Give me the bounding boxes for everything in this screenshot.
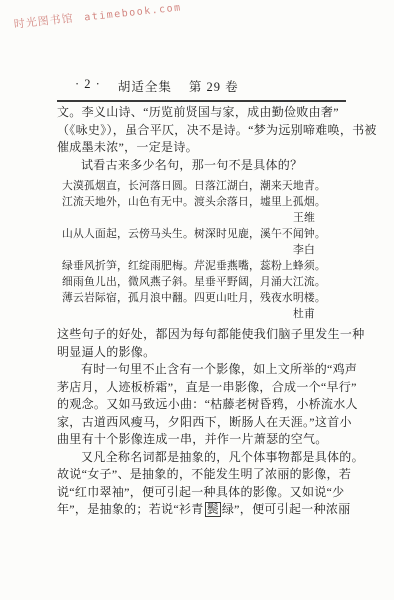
- text-line: 催成墨未浓”，一定是诗。: [57, 139, 349, 157]
- text-segment: 绿”，便可引起一种浓丽: [222, 502, 351, 516]
- text-line: 茅店月，人迹板桥霜”，直是一串影像，合成一个“早行”: [57, 379, 349, 397]
- poem-line: 薄云岩际宿，孤月浪中翻。四更山吐月，残夜水明楼。: [62, 290, 349, 306]
- poem-group: 绿垂风折笋，红绽雨肥梅。芹泥垂燕嘴，蕊粉上蜂须。 细雨鱼儿出，微风燕子斜。星垂平…: [62, 258, 349, 322]
- paragraph: 文。李义山诗、“历览前贤国与家，成由勤俭败由奢” （《咏史》），虽合平仄，决不是…: [57, 104, 349, 157]
- watermark-site-url: atimebook.com: [84, 2, 182, 23]
- poem-line: 江流天地外，山色有无中。渡头余落日，墟里上孤烟。: [62, 194, 349, 210]
- poem-line: 绿垂风折笋，红绽雨肥梅。芹泥垂燕嘴，蕊粉上蜂须。: [62, 258, 349, 274]
- text-line: 曲里有十个影像连成一串，并作一片萧瑟的空气。: [57, 431, 349, 449]
- page-number: · 2 ·: [75, 77, 101, 95]
- page-body-text: 文。李义山诗、“历览前贤国与家，成由勤俭败由奢” （《咏史》），虽合平仄，决不是…: [57, 104, 349, 519]
- paragraph: 这些句子的好处，都因为每句都能使我们脑子里发生一种 明显逼人的影像。: [57, 326, 349, 361]
- watermark-library-name: 时光图书馆: [13, 13, 74, 31]
- poem-line: 山从人面起，云傍马头生。树深时见鹿，溪午不闻钟。: [62, 226, 349, 242]
- poem-line: 细雨鱼儿出，微风燕子斜。星垂平野阔，月涌大江流。: [62, 274, 349, 290]
- text-line: 故说“女子”、是抽象的，不能发生明了浓丽的影像，若: [57, 466, 349, 484]
- running-head: · 2 · 胡适全集 第 29 卷: [57, 77, 346, 95]
- poem-author: 王维: [62, 210, 349, 226]
- text-line: 有时一句里不止含有一个影像，如上文所举的“鸡声: [57, 361, 349, 379]
- text-line: 明显逼人的影像。: [57, 344, 349, 362]
- text-line-with-boxed-char: 年”，是抽象的；若说“衫青鬓绿”，便可引起一种浓丽: [57, 501, 349, 519]
- text-line: 这些句子的好处，都因为每句都能使我们脑子里发生一种: [57, 326, 349, 344]
- text-line: 文。李义山诗、“历览前贤国与家，成由勤俭败由奢”: [57, 104, 349, 122]
- poem-block: 大漠孤烟直，长河落日圆。日落江湖白，潮来天地青。 江流天地外，山色有无中。渡头余…: [62, 178, 349, 322]
- book-page: 时光图书馆 atimebook.com · 2 · 胡适全集 第 29 卷 文。…: [0, 0, 394, 600]
- poem-author: 杜甫: [62, 306, 349, 322]
- boxed-unclear-character: 鬓: [205, 502, 221, 517]
- text-line: 又凡全称名词都是抽象的，凡个体事物都是具体的。: [57, 449, 349, 467]
- page-header: · 2 · 胡适全集 第 29 卷: [57, 77, 346, 102]
- poem-group: 大漠孤烟直，长河落日圆。日落江湖白，潮来天地青。 江流天地外，山色有无中。渡头余…: [62, 178, 349, 226]
- poem-author: 李白: [62, 242, 349, 258]
- text-segment: 年”，是抽象的；若说“衫青: [57, 502, 204, 516]
- library-watermark: 时光图书馆 atimebook.com: [13, 0, 182, 32]
- volume-label: 第 29 卷: [189, 77, 239, 95]
- paragraph: 又凡全称名词都是抽象的，凡个体事物都是具体的。 故说“女子”、是抽象的，不能发生…: [57, 449, 349, 519]
- text-line: 的观念。又如马致远小曲：“枯藤老树昏鸦，小桥流水人: [57, 396, 349, 414]
- paragraph: 有时一句里不止含有一个影像，如上文所举的“鸡声 茅店月，人迹板桥霜”，直是一串影…: [57, 361, 349, 449]
- text-line: 家，古道西风瘦马，夕阳西下，断肠人在天涯。”这首小: [57, 414, 349, 432]
- text-line: （《咏史》），虽合平仄，决不是诗。“梦为远别啼难唤，书被: [57, 122, 349, 140]
- paragraph: 试看古来多少名句，那一句不是具体的？: [57, 157, 349, 175]
- text-line: 试看古来多少名句，那一句不是具体的？: [57, 157, 349, 175]
- text-line: 说“红巾翠袖”，便可引起一种具体的影像。又如说“少: [57, 484, 349, 502]
- poem-group: 山从人面起，云傍马头生。树深时见鹿，溪午不闻钟。 李白: [62, 226, 349, 258]
- book-title: 胡适全集: [118, 77, 172, 95]
- poem-line: 大漠孤烟直，长河落日圆。日落江湖白，潮来天地青。: [62, 178, 349, 194]
